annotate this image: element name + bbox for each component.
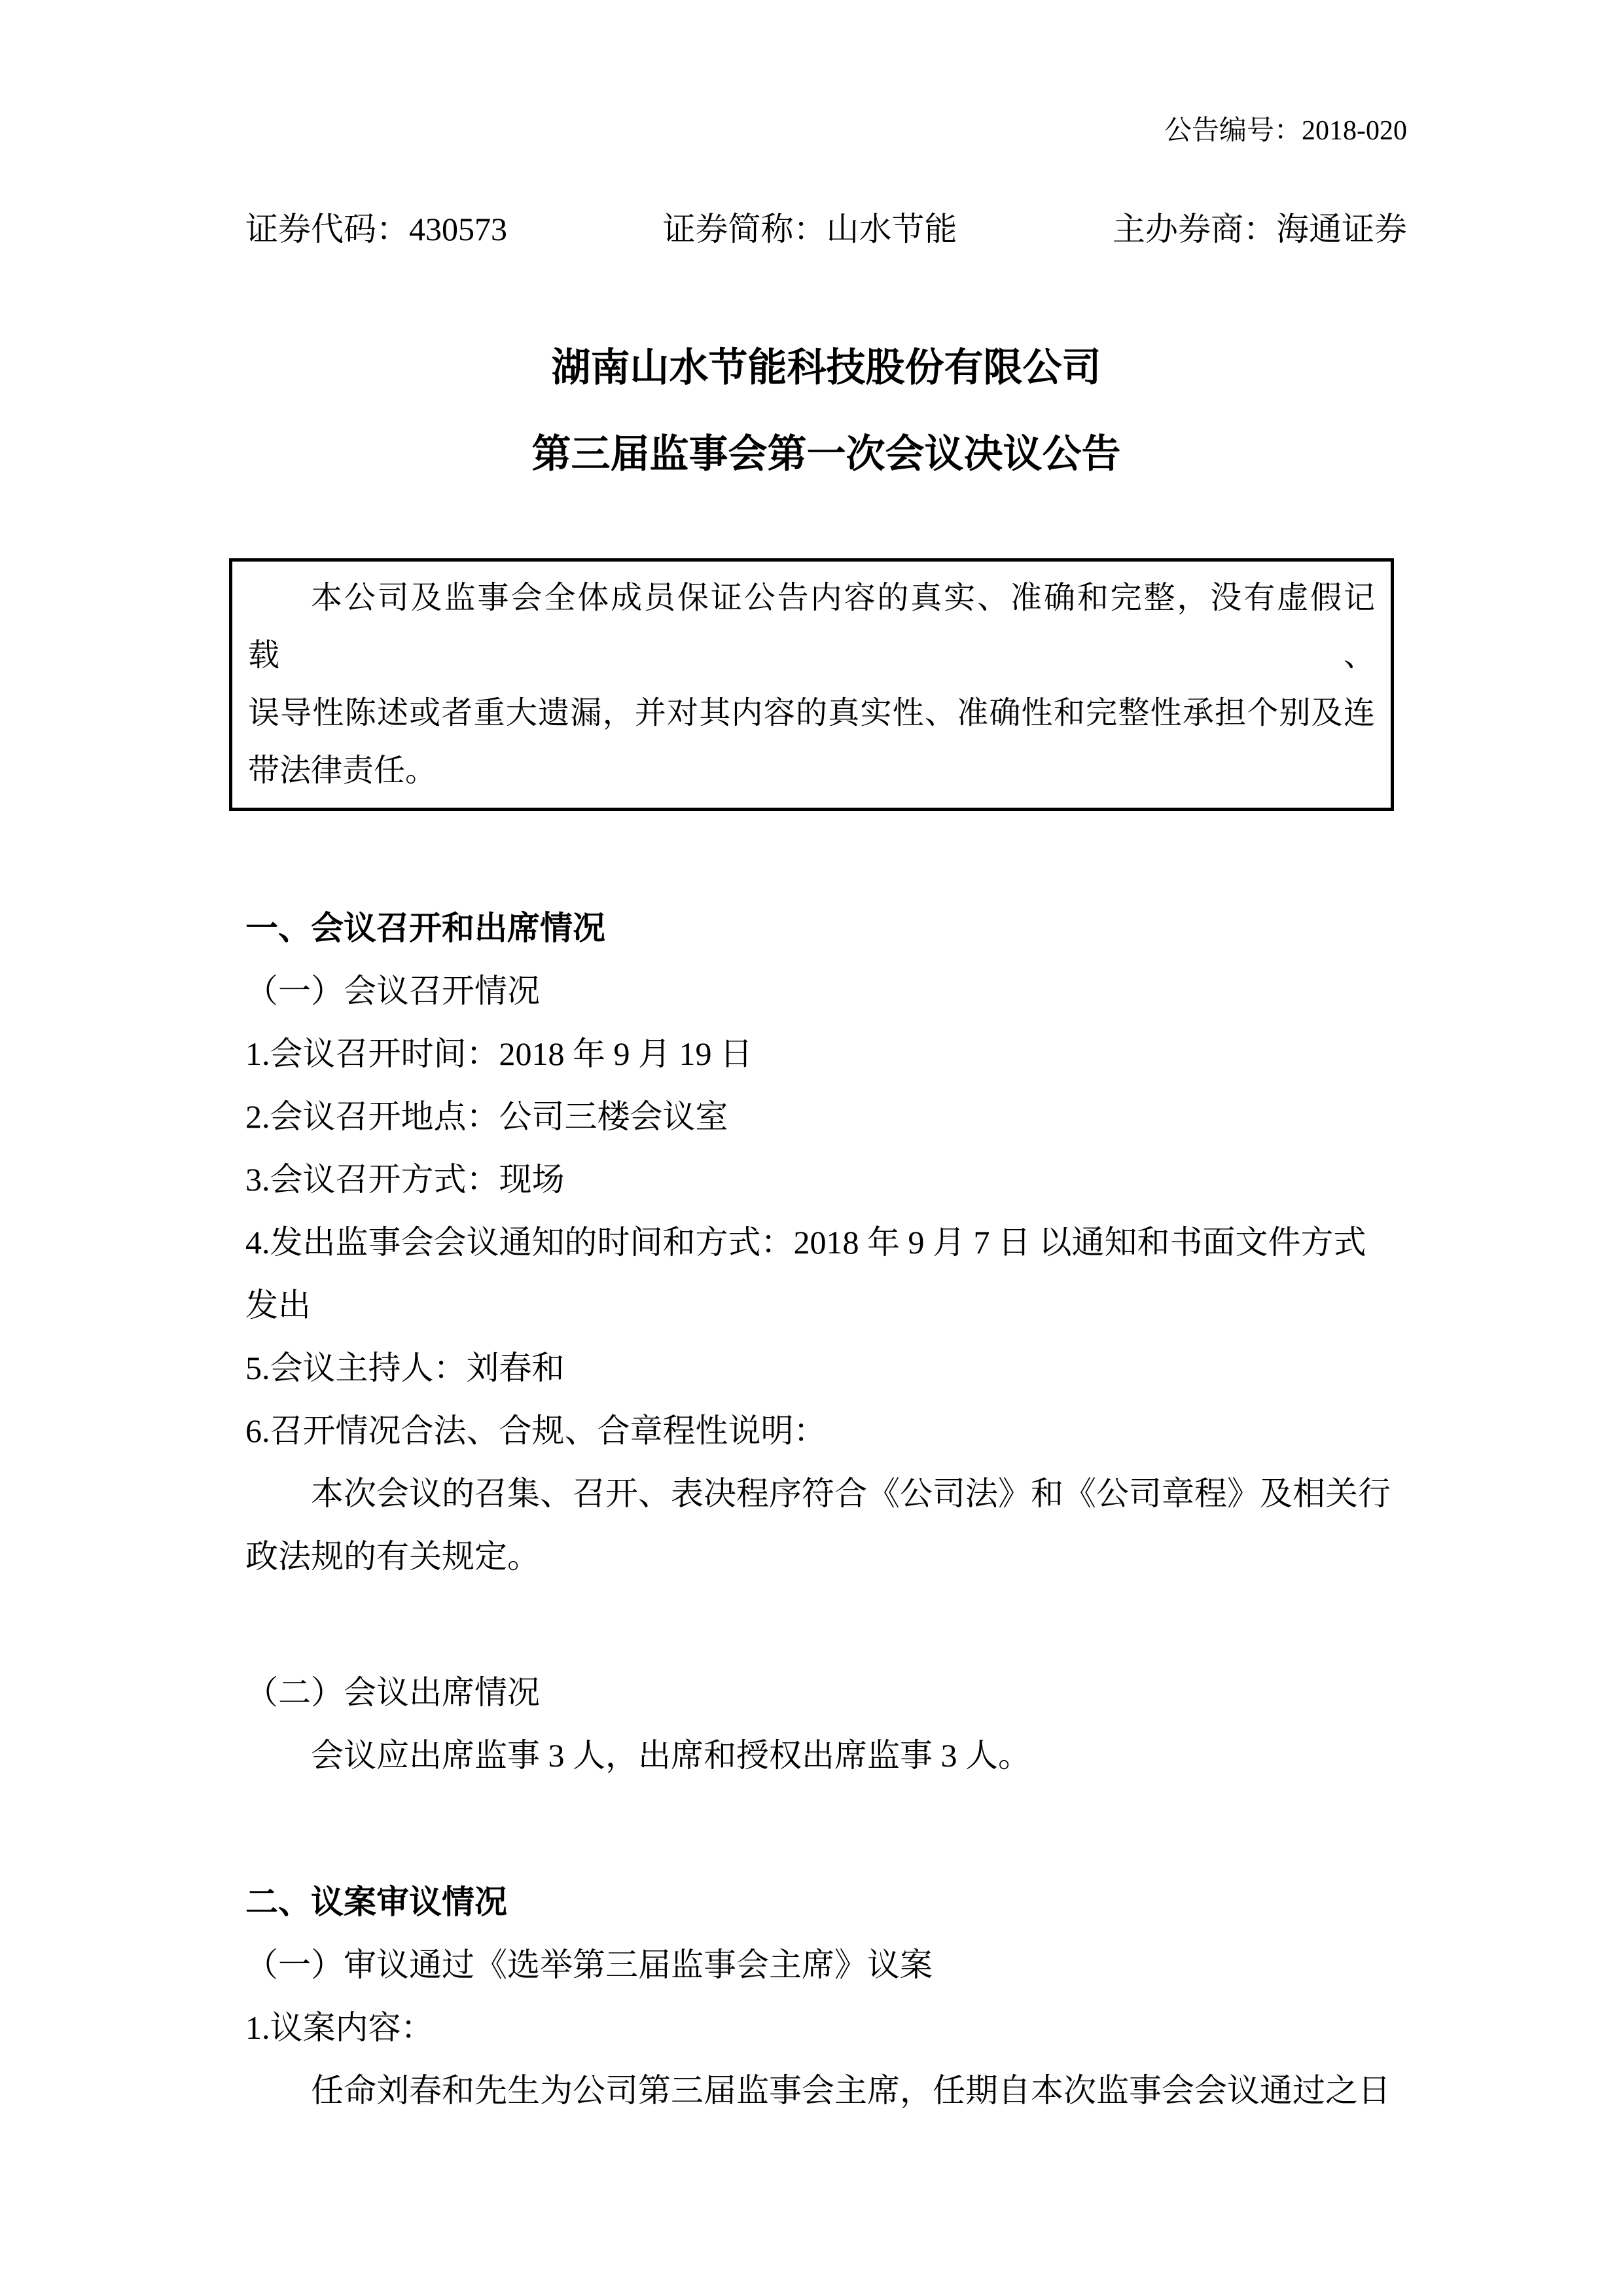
meeting-method-item: 3.会议召开方式：现场 — [245, 1148, 1407, 1211]
meeting-place-item: 2.会议召开地点：公司三楼会议室 — [245, 1085, 1407, 1148]
sponsor-broker: 主办券商：海通证券 — [1113, 198, 1407, 260]
proposal-content-label: 1.议案内容： — [245, 1996, 1407, 2059]
section1-sub2-heading: （二）会议出席情况 — [245, 1661, 1407, 1724]
announcement-number: 公告编号：2018-020 — [245, 99, 1407, 162]
section1-heading: 一、会议召开和出席情况 — [245, 897, 1407, 960]
legality-paragraph-line1: 本次会议的召集、召开、表决程序符合《公司法》和《公司章程》及相关行 — [245, 1462, 1407, 1525]
meeting-time-item: 1.会议召开时间：2018 年 9 月 19 日 — [245, 1022, 1407, 1085]
section2-heading: 二、议案审议情况 — [245, 1871, 1407, 1933]
announcement-title: 第三届监事会第一次会议决议公告 — [245, 423, 1407, 486]
disclaimer-line-2: 误导性陈述或者重大遗漏，并对其内容的真实性、准确性和完整性承担个别及连 — [248, 685, 1375, 742]
company-name-title: 湖南山水节能科技股份有限公司 — [245, 336, 1407, 399]
disclaimer-box: 本公司及监事会全体成员保证公告内容的真实、准确和完整，没有虚假记载、 误导性陈述… — [229, 558, 1394, 811]
legality-paragraph-line2: 政法规的有关规定。 — [245, 1525, 1407, 1588]
proposal-content-line1: 任命刘春和先生为公司第三届监事会主席，任期自本次监事会会议通过之日 — [245, 2059, 1407, 2122]
legality-statement-item: 6.召开情况合法、合规、合章程性说明： — [245, 1399, 1407, 1462]
section2-sub1-heading: （一）审议通过《选举第三届监事会主席》议案 — [245, 1933, 1407, 1996]
stock-short-name: 证券简称：山水节能 — [663, 198, 957, 260]
stock-code: 证券代码：430573 — [245, 198, 507, 260]
meeting-notice-item-line1: 4.发出监事会会议通知的时间和方式：2018 年 9 月 7 日 以通知和书面文… — [245, 1211, 1407, 1274]
meeting-host-item: 5.会议主持人：刘春和 — [245, 1336, 1407, 1399]
document-content: 公告编号：2018-020 证券代码：430573 证券简称：山水节能 主办券商… — [245, 0, 1407, 2122]
section1-sub1-heading: （一）会议召开情况 — [245, 960, 1407, 1022]
disclaimer-line-1: 本公司及监事会全体成员保证公告内容的真实、准确和完整，没有虚假记载、 — [248, 569, 1375, 685]
securities-header-row: 证券代码：430573 证券简称：山水节能 主办券商：海通证券 — [245, 198, 1407, 260]
meeting-notice-item-line2: 发出 — [245, 1274, 1407, 1336]
document-page: 公告编号：2018-020 证券代码：430573 证券简称：山水节能 主办券商… — [0, 0, 1623, 2296]
attendance-paragraph: 会议应出席监事 3 人，出席和授权出席监事 3 人。 — [245, 1724, 1407, 1787]
disclaimer-line-3: 带法律责任。 — [248, 742, 1375, 800]
